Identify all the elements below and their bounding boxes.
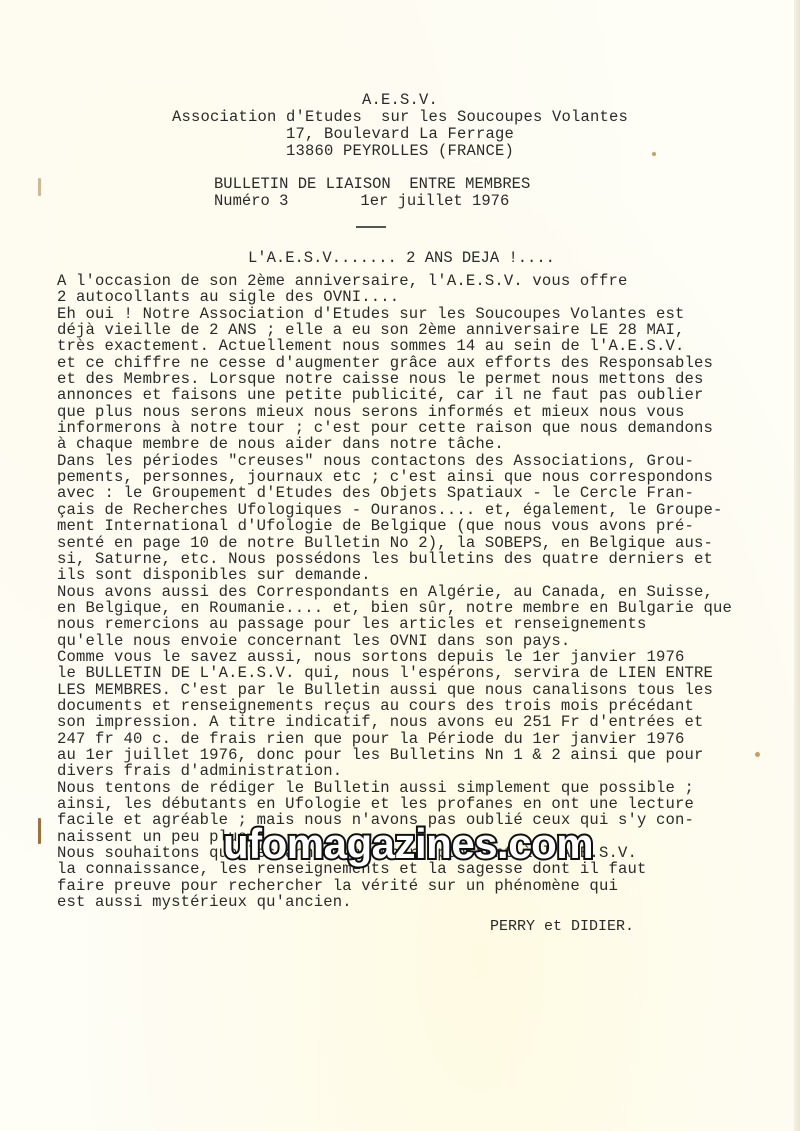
- body-line: au 1er juillet 1976, donc pour les Bulle…: [57, 747, 732, 763]
- body-line: LES MEMBRES. C'est par le Bulletin aussi…: [57, 682, 732, 698]
- body-line: 247 fr 40 c. de frais rien que pour la P…: [57, 731, 732, 747]
- body-line: qu'elle nous envoie concernant les OVNI …: [57, 633, 732, 649]
- body-line: Eh oui ! Notre Association d'Etudes sur …: [57, 306, 732, 322]
- body-line: çais de Recherches Ufologiques - Ouranos…: [57, 502, 732, 518]
- body-line: que plus nous serons mieux nous serons i…: [57, 404, 732, 420]
- bulletin-info: BULLETIN DE LIAISON ENTRE MEMBRES Numéro…: [214, 176, 530, 210]
- body-line: à chaque membre de nous aider dans notre…: [57, 436, 732, 452]
- body-line: 2 autocollants au sigle des OVNI....: [57, 289, 732, 305]
- faint-bleed-through-stamp: [258, 935, 373, 1035]
- org-street: 17, Boulevard La Ferrage: [0, 126, 800, 143]
- body-line: A l'occasion de son 2ème anniversaire, l…: [57, 273, 732, 289]
- body-line: déjà vieille de 2 ANS ; elle a eu son 2è…: [57, 322, 732, 338]
- bulletin-number-date: Numéro 31er juillet 1976: [214, 193, 530, 210]
- paper-mark: [38, 818, 41, 844]
- body-line: son impression. A titre indicatif, nous …: [57, 714, 732, 730]
- body-line: pements, personnes, journaux etc ; c'est…: [57, 469, 732, 485]
- body-line: très exactement. Actuellement nous somme…: [57, 338, 732, 354]
- divider-rule: [356, 226, 386, 228]
- body-line: avec : le Groupement d'Etudes des Objets…: [57, 485, 732, 501]
- article-body: A l'occasion de son 2ème anniversaire, l…: [57, 273, 732, 910]
- bulletin-date: 1er juillet 1976: [360, 192, 509, 210]
- body-line: Dans les périodes "creuses" nous contact…: [57, 453, 732, 469]
- letterhead: A.E.S.V. Association d'Etudes sur les So…: [0, 92, 800, 160]
- org-city: 13860 PEYROLLES (FRANCE): [0, 143, 800, 160]
- body-line: senté en page 10 de notre Bulletin No 2)…: [57, 535, 732, 551]
- body-line: divers frais d'administration.: [57, 763, 732, 779]
- document-page: A.E.S.V. Association d'Etudes sur les So…: [0, 0, 800, 1131]
- paper-spot: [755, 752, 760, 757]
- body-line: informerons à notre tour ; c'est pour ce…: [57, 420, 732, 436]
- body-line: ils sont disponibles sur demande.: [57, 567, 732, 583]
- body-line: Nous tentons de rédiger le Bulletin auss…: [57, 780, 732, 796]
- body-line: nous remercions au passage pour les arti…: [57, 616, 732, 632]
- body-line: Nous avons aussi des Correspondants en A…: [57, 584, 732, 600]
- body-line: faire preuve pour rechercher la vérité s…: [57, 878, 732, 894]
- body-line: le BULLETIN DE L'A.E.S.V. qui, nous l'es…: [57, 665, 732, 681]
- body-line: si, Saturne, etc. Nous possédons les bul…: [57, 551, 732, 567]
- body-line: documents et renseignements reçus au cou…: [57, 698, 732, 714]
- body-line: ment International d'Ufologie de Belgiqu…: [57, 518, 732, 534]
- body-line: ainsi, les débutants en Ufologie et les …: [57, 796, 732, 812]
- body-line: annonces et faisons une petite publicité…: [57, 387, 732, 403]
- body-line: est aussi mystérieux qu'ancien.: [57, 894, 732, 910]
- signature: PERRY et DIDIER.: [490, 918, 634, 935]
- org-acronym: A.E.S.V.: [0, 92, 800, 109]
- body-line: en Belgique, en Roumanie.... et, bien sû…: [57, 600, 732, 616]
- watermark-logo: ufomagazines.com: [223, 822, 593, 866]
- body-line: et des Membres. Lorsque notre caisse nou…: [57, 371, 732, 387]
- article-headline: L'A.E.S.V....... 2 ANS DEJA !....: [248, 249, 555, 267]
- paper-mark: [38, 178, 41, 196]
- org-name: Association d'Etudes sur les Soucoupes V…: [0, 109, 800, 126]
- bulletin-number: Numéro 3: [214, 192, 288, 210]
- body-line: Comme vous le savez aussi, nous sortons …: [57, 649, 732, 665]
- body-line: et ce chiffre ne cesse d'augmenter grâce…: [57, 355, 732, 371]
- bulletin-title: BULLETIN DE LIAISON ENTRE MEMBRES: [214, 176, 530, 193]
- page-edge: [794, 0, 800, 1131]
- paper-spot: [652, 152, 656, 156]
